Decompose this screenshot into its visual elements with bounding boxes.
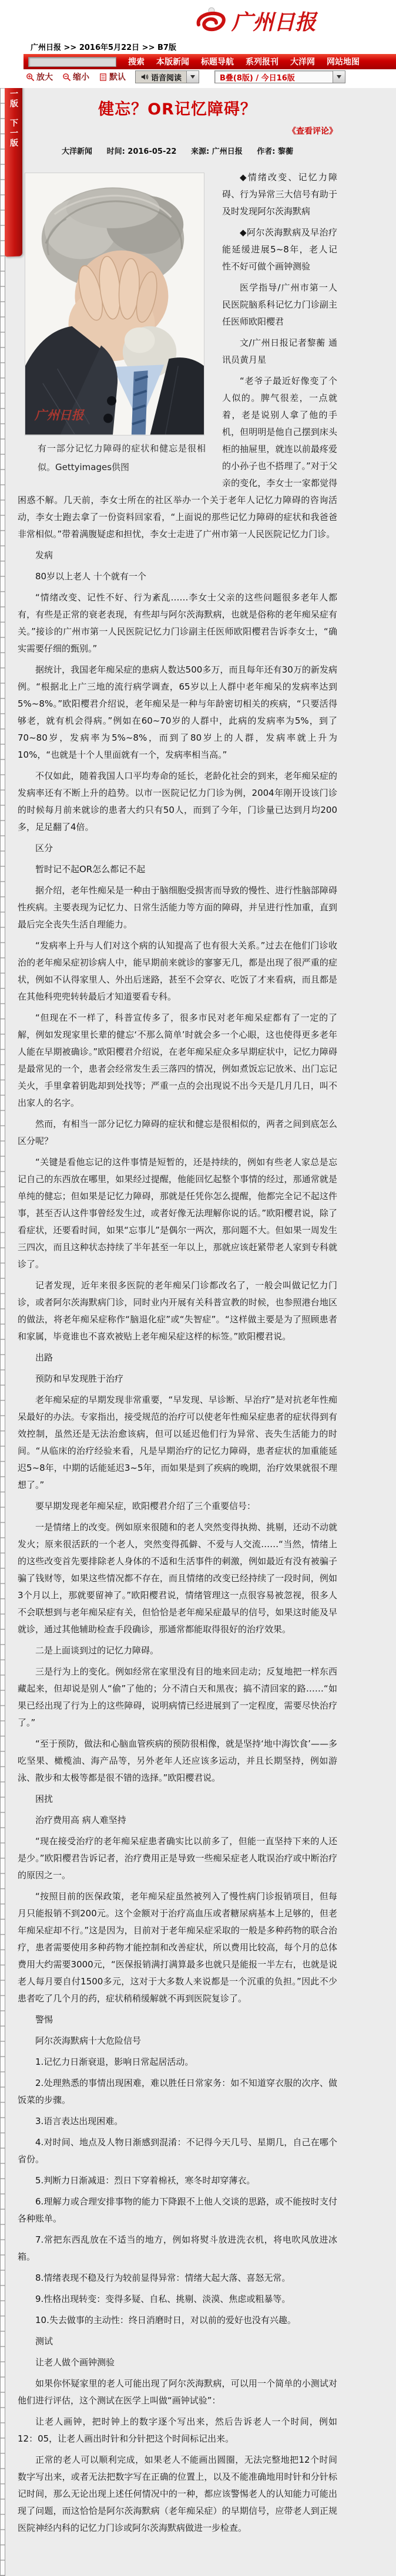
article-body: 广州日报 有一部分记忆力障碍的症状和健忘是很相似。Gettyimages供图 ◆… [18, 169, 337, 2537]
voice-dropdown-arrow[interactable] [186, 71, 199, 83]
article-figure: 广州日报 有一部分记忆力障碍的症状和健忘是很相似。Gettyimages供图 [25, 173, 206, 477]
document-icon [99, 73, 108, 82]
nav-item-dayoo[interactable]: 大洋网 [290, 56, 315, 67]
article-paragraph: 困扰 [18, 1791, 337, 1808]
article-paragraph: 让老人做个画钟测验 [18, 2354, 337, 2371]
article-paragraph: 出路 [18, 1349, 337, 1366]
article-paragraph: 测试 [18, 2333, 337, 2350]
article-paragraph: “按照目前的医保政策，老年痴呆症虽然被列入了慢性病门诊报销项目，但每月只能报销不… [18, 1888, 337, 2007]
gzdaily-logo[interactable]: 广州日报 [190, 5, 337, 39]
article-photo: 广州日报 [25, 173, 204, 435]
zoom-out-button[interactable]: 缩小 [62, 71, 89, 83]
zoom-in-icon [26, 73, 35, 82]
article-paragraph: 80岁以上老人 十个就有一个 [18, 568, 337, 585]
nav-search-button[interactable]: 搜索 [128, 56, 145, 67]
zoom-out-label: 缩小 [73, 71, 89, 83]
nav-item-series[interactable]: 系列报刊 [246, 56, 278, 67]
article-paragraph: “发病率上升与人们对这个病的认知提高了也有很大关系。”过去在他们门诊收治的老年痴… [18, 937, 337, 1005]
voice-reading-label: 语音阅读 [151, 72, 182, 83]
article-paragraph: 2.处理熟悉的事情出现困难，难以胜任日常家务：如不知道穿衣服的次序、做饭菜的步骤… [18, 2075, 337, 2109]
toolbar: 放大 缩小 默认 [26, 69, 345, 85]
article-paragraph: 预防和早发现胜于治疗 [18, 1370, 337, 1387]
meta-origin: 来源: 广州日报 [191, 147, 243, 156]
article-paragraph: 老年痴呆症的早期发现非常重要，“早发现、早诊断、早治疗”是对抗老年性痴呆最好的办… [18, 1392, 337, 1494]
photo-watermark: 广州日报 [34, 408, 85, 423]
article-paragraph: 阿尔茨海默病十大危险信号 [18, 2033, 337, 2050]
nav-item-sitemap[interactable]: 网站地图 [327, 56, 360, 67]
article-paragraph: 如果你怀疑家里的老人可能出现了阿尔茨海默病，可以用一个简单的小测试对他们进行评估… [18, 2375, 337, 2409]
default-size-button[interactable]: 默认 [99, 71, 126, 83]
article-paragraph: 一是情绪上的改变。例如原来很随和的老人突然变得执拗、挑剔，还动不动就发火；原来很… [18, 1519, 337, 1638]
breadcrumb: 广州日报 >> 2016年5月22日 >> B7版 [31, 41, 176, 52]
article-paragraph: 10.失去做事的主动性：终日消磨时日，对以前的爱好也没有兴趣。 [18, 2312, 337, 2329]
zoom-out-icon [62, 73, 71, 82]
edition-dropdown-arrow[interactable] [333, 71, 345, 83]
gzdaily-logo-text: 广州日报 [231, 10, 318, 35]
article-paragraph: 记者发现，近年来很多医院的老年痴呆门诊都改名了，一般会叫做记忆力门诊，或者阿尔茨… [18, 1277, 337, 1345]
article-paragraph: 让老人画钟，把时钟上的数字逐个写出来，然后告诉老人一个时间，例如12：05，让老… [18, 2413, 337, 2447]
article-paragraph: 暂时记不起OR怎么都记不起 [18, 861, 337, 878]
article-title: 健忘？OR记忆障碍？ [18, 96, 337, 119]
edition-select[interactable]: B叠(8版) / 今日16版 [214, 70, 345, 83]
zoom-in-label: 放大 [36, 71, 53, 83]
nav-item-current-news[interactable]: 本版新闻 [156, 56, 189, 67]
article-paragraph: “但现在不一样了，科普宣传多了，很多市民对老年痴呆症都有了一定的了解，例如发现家… [18, 1010, 337, 1112]
article-paragraph: 治疗费用高 病人难坚持 [18, 1812, 337, 1829]
article-paragraph: 不仅如此，随着我国人口平均寿命的延长，老龄化社会的到来，老年痴呆症的发病率还有不… [18, 768, 337, 836]
meta-source-site: 大洋新闻 [62, 147, 92, 156]
article-paragraph: “关键是看他忘记的这件事情是短暂的，还是持续的，例如有些老人家总是忘记自己的东西… [18, 1154, 337, 1273]
article-paragraph: 6.理解力或合理安排事物的能力下降跟不上他人交谈的思路，或不能按时支付各种账单。 [18, 2193, 337, 2227]
article-content: 健忘？OR记忆障碍？ 《查看评论》 大洋新闻 时间: 2016-05-22 来源… [0, 88, 396, 2576]
meta-time: 时间: 2016-05-22 [107, 147, 177, 156]
article-paragraph: 据统计，我国老年痴呆症的患病人数达500多万，而且每年还有30万的新发病例。“根… [18, 661, 337, 764]
article-paragraph: 二是上面谈到过的记忆力障碍。 [18, 1642, 337, 1659]
article-paragraph: 8.情绪表现不稳及行为较前显得异常：情绪大起大落、喜怒无常。 [18, 2270, 337, 2287]
article-paragraph: 4.对时间、地点及人物日渐感到混淆：不记得今天几号、星期几，自己在哪个省份。 [18, 2134, 337, 2168]
article-paragraph: 据介绍，老年性痴呆是一种由于脑细胞受损害而导致的慢性、进行性脑部障碍性疾病。主要… [18, 882, 337, 933]
nav-item-headline-nav[interactable]: 标题导航 [201, 56, 234, 67]
article-paragraph: 正常的老人可以顺利完成，如果老人不能画出圆圈，无法完整地把12个时间数字写出来，… [18, 2452, 337, 2537]
side-nav-next-edition[interactable]: 下一版 [8, 119, 19, 149]
article-paragraph: 然而，有相当一部分记忆力障碍的症状和健忘是很相似的，两者之间到底怎么区分呢？ [18, 1116, 337, 1150]
view-comments-link[interactable]: 《查看评论》 [288, 127, 337, 136]
article-paragraph: “至于预防，做法和心脑血管疾病的预防很相像，就是坚持‘地中海饮食’——多吃坚果、… [18, 1736, 337, 1787]
speaker-icon [140, 73, 149, 81]
article-paragraph: “现在接受治疗的老年痴呆症患者确实比以前多了，但能一直坚持下来的人还是少。”欧阳… [18, 1833, 337, 1884]
search-input[interactable] [28, 57, 116, 67]
article-paragraph: 发病 [18, 547, 337, 564]
elderly-man-photo-illustration: 广州日报 [25, 173, 204, 435]
article-paragraph: 5.判断力日渐减退：烈日下穿着棉袄，寒冬时却穿薄衣。 [18, 2172, 337, 2189]
page-header: 广州日报 广州日报 >> 2016年5月22日 >> B7版 搜索 本版新闻 标… [0, 0, 396, 88]
gzdaily-logo-swoosh: 广州日报 [190, 5, 337, 39]
meta-author: 作者: 黎蘅 [257, 147, 293, 156]
page: 下一篇 上一版 下一版 广州日报 广州日报 >> 2016年5月22日 >> B… [0, 0, 396, 2576]
default-size-label: 默认 [109, 71, 126, 83]
top-navbar: 搜索 本版新闻 标题导航 系列报刊 大洋网 网站地图 [24, 54, 396, 69]
article-paragraph: 7.常把东西乱放在不适当的地方，例如将熨斗放进洗衣机，将电吹风放进冰箱。 [18, 2231, 337, 2266]
article-paragraph: 3.语言表达出现困难。 [18, 2113, 337, 2130]
article-paragraph: 要早期发现老年痴呆症，欧阳樱君介绍了三个重要信号： [18, 1498, 337, 1515]
article-paragraph: 区分 [18, 840, 337, 857]
left-scroll-track[interactable] [0, 11, 5, 2576]
article-paragraph: 警惕 [18, 2011, 337, 2028]
article-paragraph: 1.记忆力日渐衰退，影响日常起居活动。 [18, 2054, 337, 2071]
voice-reading-select[interactable]: 语音阅读 [135, 70, 199, 83]
photo-caption: 有一部分记忆力障碍的症状和健忘是很相似。Gettyimages供图 [25, 435, 206, 477]
article-paragraph: “情绪改变、记性不好、行为紊乱……李女士父亲的这些问题很多老年人都有，有些是正常… [18, 589, 337, 657]
zoom-in-button[interactable]: 放大 [26, 71, 53, 83]
article-paragraph: 9.性格出现转变：变得多疑、自私、挑剔、淡漠、焦虑或粗暴等。 [18, 2291, 337, 2308]
article-meta: 大洋新闻 时间: 2016-05-22 来源: 广州日报 作者: 黎蘅 [18, 145, 337, 156]
article-paragraph: 三是行为上的变化。例如经常在家里没有目的地来回走动；反复地把一样东西藏起来，但却… [18, 1663, 337, 1731]
edition-select-value: B叠(8版) / 今日16版 [220, 72, 295, 83]
